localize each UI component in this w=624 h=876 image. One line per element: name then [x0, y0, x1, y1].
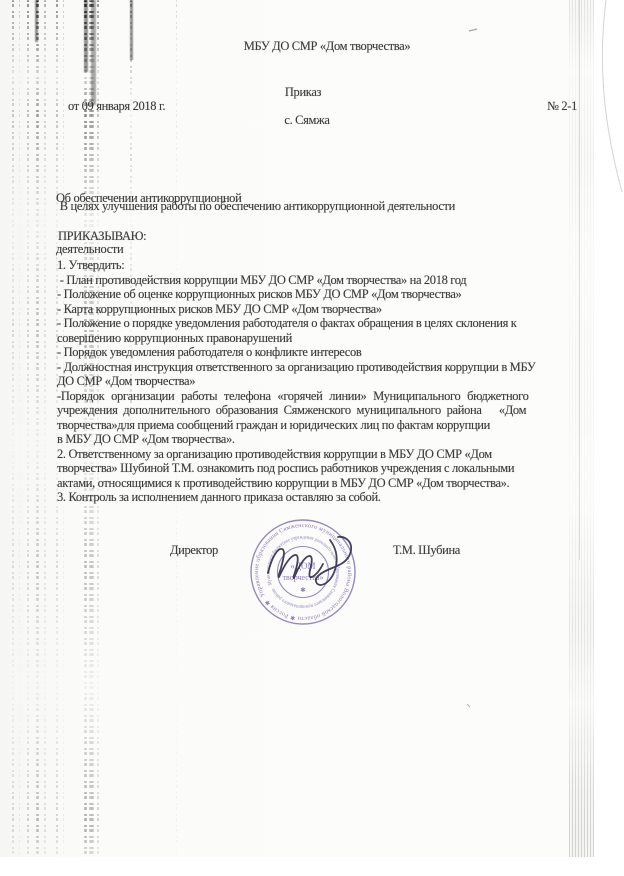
order-body-line: - Должностная инструкция ответственного … — [57, 360, 535, 375]
order-body-line: совершению коррупционных правонарушений — [57, 331, 535, 346]
scan-speck — [467, 704, 470, 707]
doc-type: Приказ — [285, 85, 321, 100]
doc-place: с. Сямжа — [284, 113, 329, 128]
signature-ink — [237, 508, 369, 640]
org-name: МБУ ДО СМР «Дом творчества» — [244, 39, 411, 54]
order-body-line: - Порядок уведомления работодателя о кон… — [57, 345, 535, 360]
scan-smudge — [91, 0, 96, 105]
scan-streak — [27, 0, 29, 858]
scan-smudge — [130, 0, 133, 60]
scan-speck — [469, 29, 477, 31]
doc-preamble: В целях улучшения работы по обеспечению … — [57, 199, 455, 214]
scan-smudge — [35, 0, 38, 42]
order-body-line: - Карта коррупционных рисков МБУ ДО СМР … — [57, 302, 535, 317]
signature-name: Т.М. Шубина — [393, 543, 460, 558]
signature-stroke — [316, 537, 351, 585]
scan-streak — [36, 0, 39, 858]
order-body-line: творчества» Шубиной Т.М. ознакомить под … — [57, 461, 535, 476]
scan-band-right — [569, 0, 594, 858]
order-word: ПРИКАЗЫВАЮ: — [58, 229, 146, 244]
scan-line-right — [579, 0, 580, 560]
order-body-line: 1. Утвердить: — [57, 258, 535, 273]
order-body-line: - План противодействия коррупции МБУ ДО … — [57, 273, 535, 288]
doc-number: № 2-1 — [547, 99, 577, 114]
order-body-line: учреждения дополнительного образования С… — [57, 403, 535, 418]
scan-streak — [19, 0, 20, 858]
order-body-line: актами, относящимися к противодействию к… — [57, 476, 535, 491]
scan-smudge — [84, 0, 88, 72]
order-body-line: - Положение о порядке уведомления работо… — [57, 316, 535, 331]
doc-date: от 09 января 2018 г. — [68, 99, 165, 114]
order-body-line: творчества»для приема сообщений граждан … — [57, 418, 535, 433]
scan-streak — [44, 0, 46, 858]
order-body: 1. Утвердить: - План противодействия кор… — [57, 258, 535, 505]
order-body-line: ДО СМР «Дом творчества» — [57, 374, 535, 389]
order-body-line: -Порядок организации работы телефона «го… — [57, 389, 535, 404]
order-body-line: в МБУ ДО СМР «Дом творчества». — [57, 432, 535, 447]
order-body-line: 2. Ответственному за организацию противо… — [57, 447, 535, 462]
scan-edge-bottom — [0, 857, 624, 876]
signature-stroke — [268, 549, 323, 578]
signature-title: Директор — [170, 543, 218, 558]
document-page: МБУ ДО СМР «Дом творчества» Приказ от 09… — [0, 0, 624, 876]
scan-edge-right — [594, 0, 624, 876]
scan-streak — [12, 0, 14, 858]
order-body-line: - Положение об оценке коррупционных риск… — [57, 287, 535, 302]
order-body-line: 3. Контроль за исполнением данного прика… — [57, 490, 535, 505]
